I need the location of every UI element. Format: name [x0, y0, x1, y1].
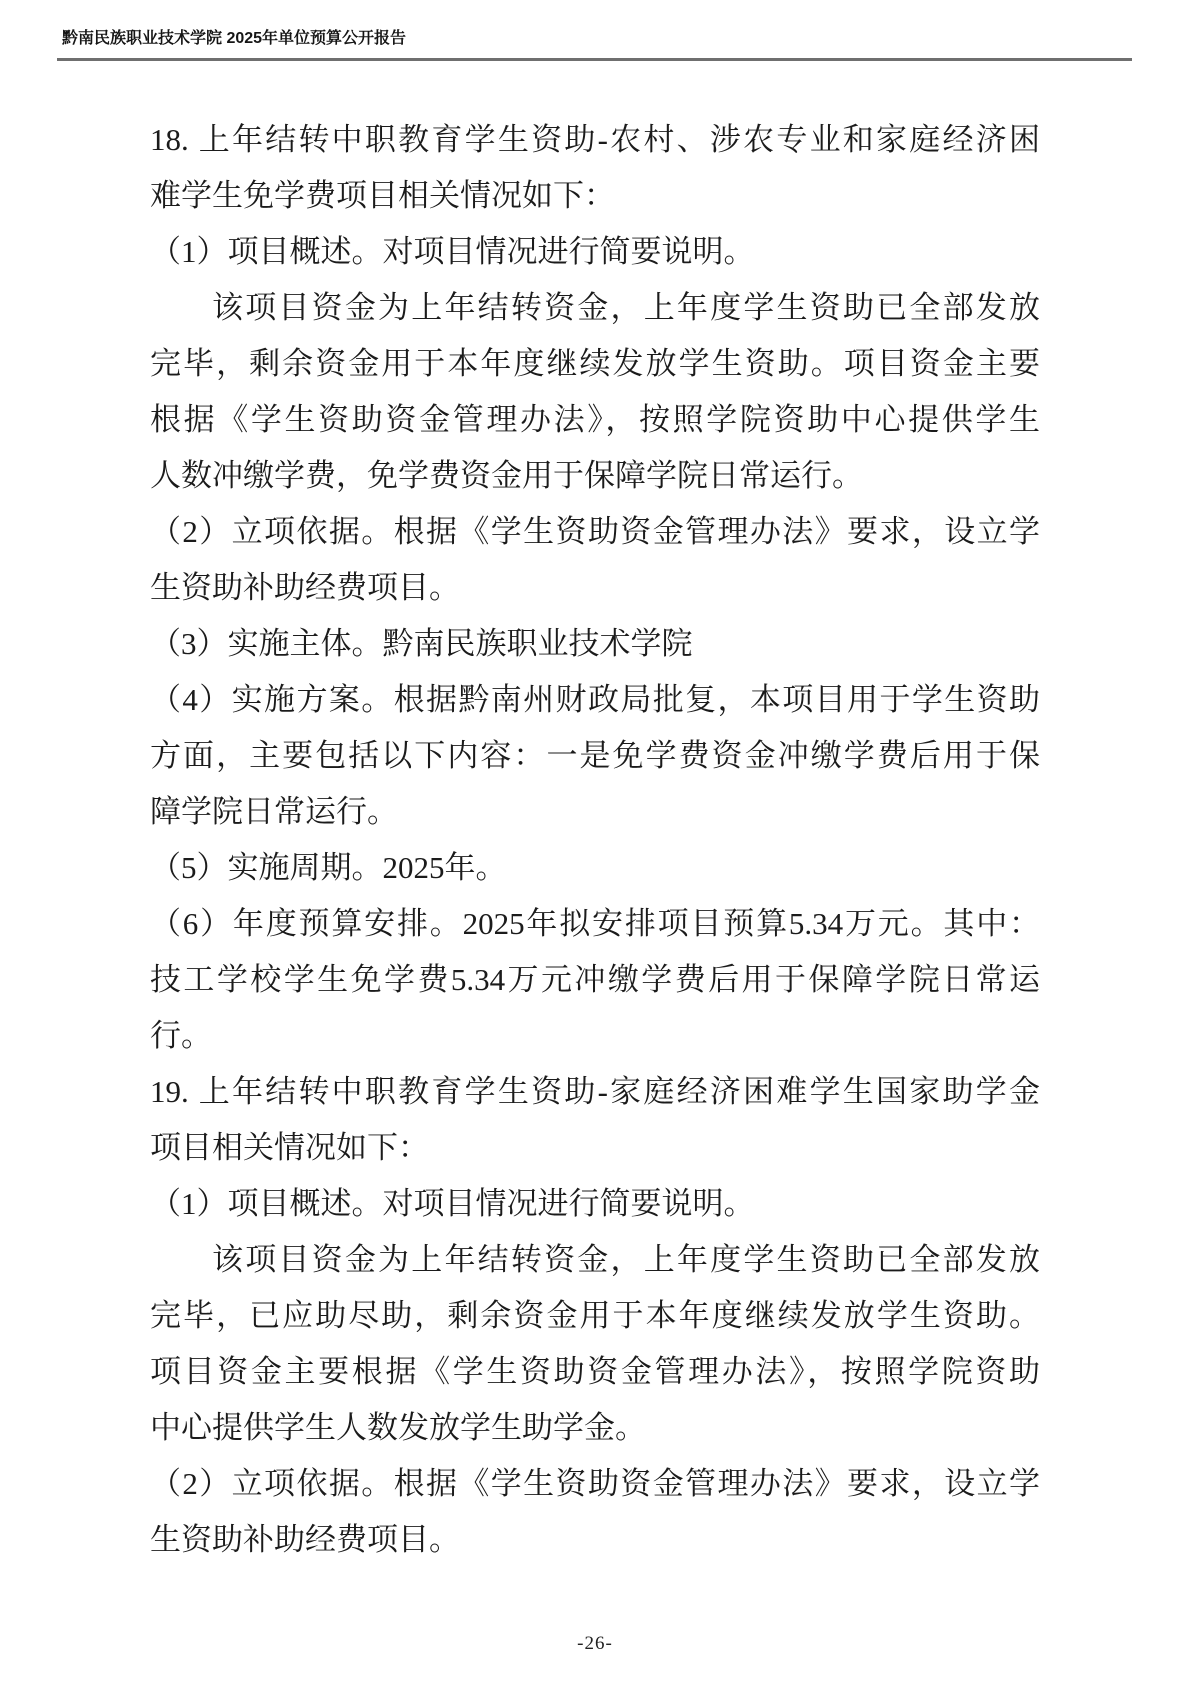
- text-line: 人数冲缴学费，免学费资金用于保障学院日常运行。: [150, 448, 1040, 504]
- document-body: 18. 上年结转中职教育学生资助-农村、涉农专业和家庭经济困难学生免学费项目相关…: [150, 112, 1040, 1568]
- text-line: 生资助补助经费项目。: [150, 1512, 1040, 1568]
- paragraph: 该项目资金为上年结转资金，上年度学生资助已全部发放完毕，剩余资金用于本年度继续发…: [150, 280, 1040, 504]
- header-title: 黔南民族职业技术学院 2025年单位预算公开报告: [62, 29, 406, 50]
- text-line: 根据《学生资助资金管理办法》，按照学院资助中心提供学生: [150, 392, 1040, 448]
- paragraph: 该项目资金为上年结转资金，上年度学生资助已全部发放完毕，已应助尽助，剩余资金用于…: [150, 1232, 1040, 1456]
- text-line: 项目资金主要根据《学生资助资金管理办法》，按照学院资助: [150, 1344, 1040, 1400]
- header-divider: [57, 58, 1132, 61]
- text-line: 项目相关情况如下：: [150, 1120, 1040, 1176]
- text-line: 该项目资金为上年结转资金，上年度学生资助已全部发放: [150, 280, 1040, 336]
- text-line: （6）年度预算安排。2025年拟安排项目预算5.34万元。其中：: [150, 896, 1040, 952]
- paragraph: （2）立项依据。根据《学生资助资金管理办法》要求，设立学生资助补助经费项目。: [150, 504, 1040, 616]
- paragraph: （4）实施方案。根据黔南州财政局批复，本项目用于学生资助方面，主要包括以下内容：…: [150, 672, 1040, 840]
- paragraph: （1）项目概述。对项目情况进行简要说明。: [150, 224, 1040, 280]
- text-line: 19. 上年结转中职教育学生资助-家庭经济困难学生国家助学金: [150, 1064, 1040, 1120]
- text-line: （5）实施周期。2025年。: [150, 840, 1040, 896]
- paragraph: （5）实施周期。2025年。: [150, 840, 1040, 896]
- text-line: 障学院日常运行。: [150, 784, 1040, 840]
- text-line: 技工学校学生免学费5.34万元冲缴学费后用于保障学院日常运: [150, 952, 1040, 1008]
- text-line: （4）实施方案。根据黔南州财政局批复，本项目用于学生资助: [150, 672, 1040, 728]
- paragraph: 18. 上年结转中职教育学生资助-农村、涉农专业和家庭经济困难学生免学费项目相关…: [150, 112, 1040, 224]
- text-line: 该项目资金为上年结转资金，上年度学生资助已全部发放: [150, 1232, 1040, 1288]
- text-line: 完毕，已应助尽助，剩余资金用于本年度继续发放学生资助。: [150, 1288, 1040, 1344]
- page-footer: -26-: [0, 1633, 1190, 1655]
- paragraph: 19. 上年结转中职教育学生资助-家庭经济困难学生国家助学金项目相关情况如下：: [150, 1064, 1040, 1176]
- page-number: -26-: [577, 1633, 613, 1654]
- document-page: { "header": { "title": "黔南民族职业技术学院 2025年…: [0, 0, 1190, 1684]
- text-line: （2）立项依据。根据《学生资助资金管理办法》要求，设立学: [150, 1456, 1040, 1512]
- text-line: 难学生免学费项目相关情况如下：: [150, 168, 1040, 224]
- text-line: 行。: [150, 1008, 1040, 1064]
- text-line: 18. 上年结转中职教育学生资助-农村、涉农专业和家庭经济困: [150, 112, 1040, 168]
- paragraph: （3）实施主体。黔南民族职业技术学院: [150, 616, 1040, 672]
- text-line: 方面，主要包括以下内容：一是免学费资金冲缴学费后用于保: [150, 728, 1040, 784]
- text-line: 生资助补助经费项目。: [150, 560, 1040, 616]
- text-line: 中心提供学生人数发放学生助学金。: [150, 1400, 1040, 1456]
- text-line: （1）项目概述。对项目情况进行简要说明。: [150, 1176, 1040, 1232]
- paragraph: （2）立项依据。根据《学生资助资金管理办法》要求，设立学生资助补助经费项目。: [150, 1456, 1040, 1568]
- text-line: （1）项目概述。对项目情况进行简要说明。: [150, 224, 1040, 280]
- text-line: 完毕，剩余资金用于本年度继续发放学生资助。项目资金主要: [150, 336, 1040, 392]
- paragraph: （1）项目概述。对项目情况进行简要说明。: [150, 1176, 1040, 1232]
- text-line: （2）立项依据。根据《学生资助资金管理办法》要求，设立学: [150, 504, 1040, 560]
- paragraph: （6）年度预算安排。2025年拟安排项目预算5.34万元。其中：技工学校学生免学…: [150, 896, 1040, 1064]
- text-line: （3）实施主体。黔南民族职业技术学院: [150, 616, 1040, 672]
